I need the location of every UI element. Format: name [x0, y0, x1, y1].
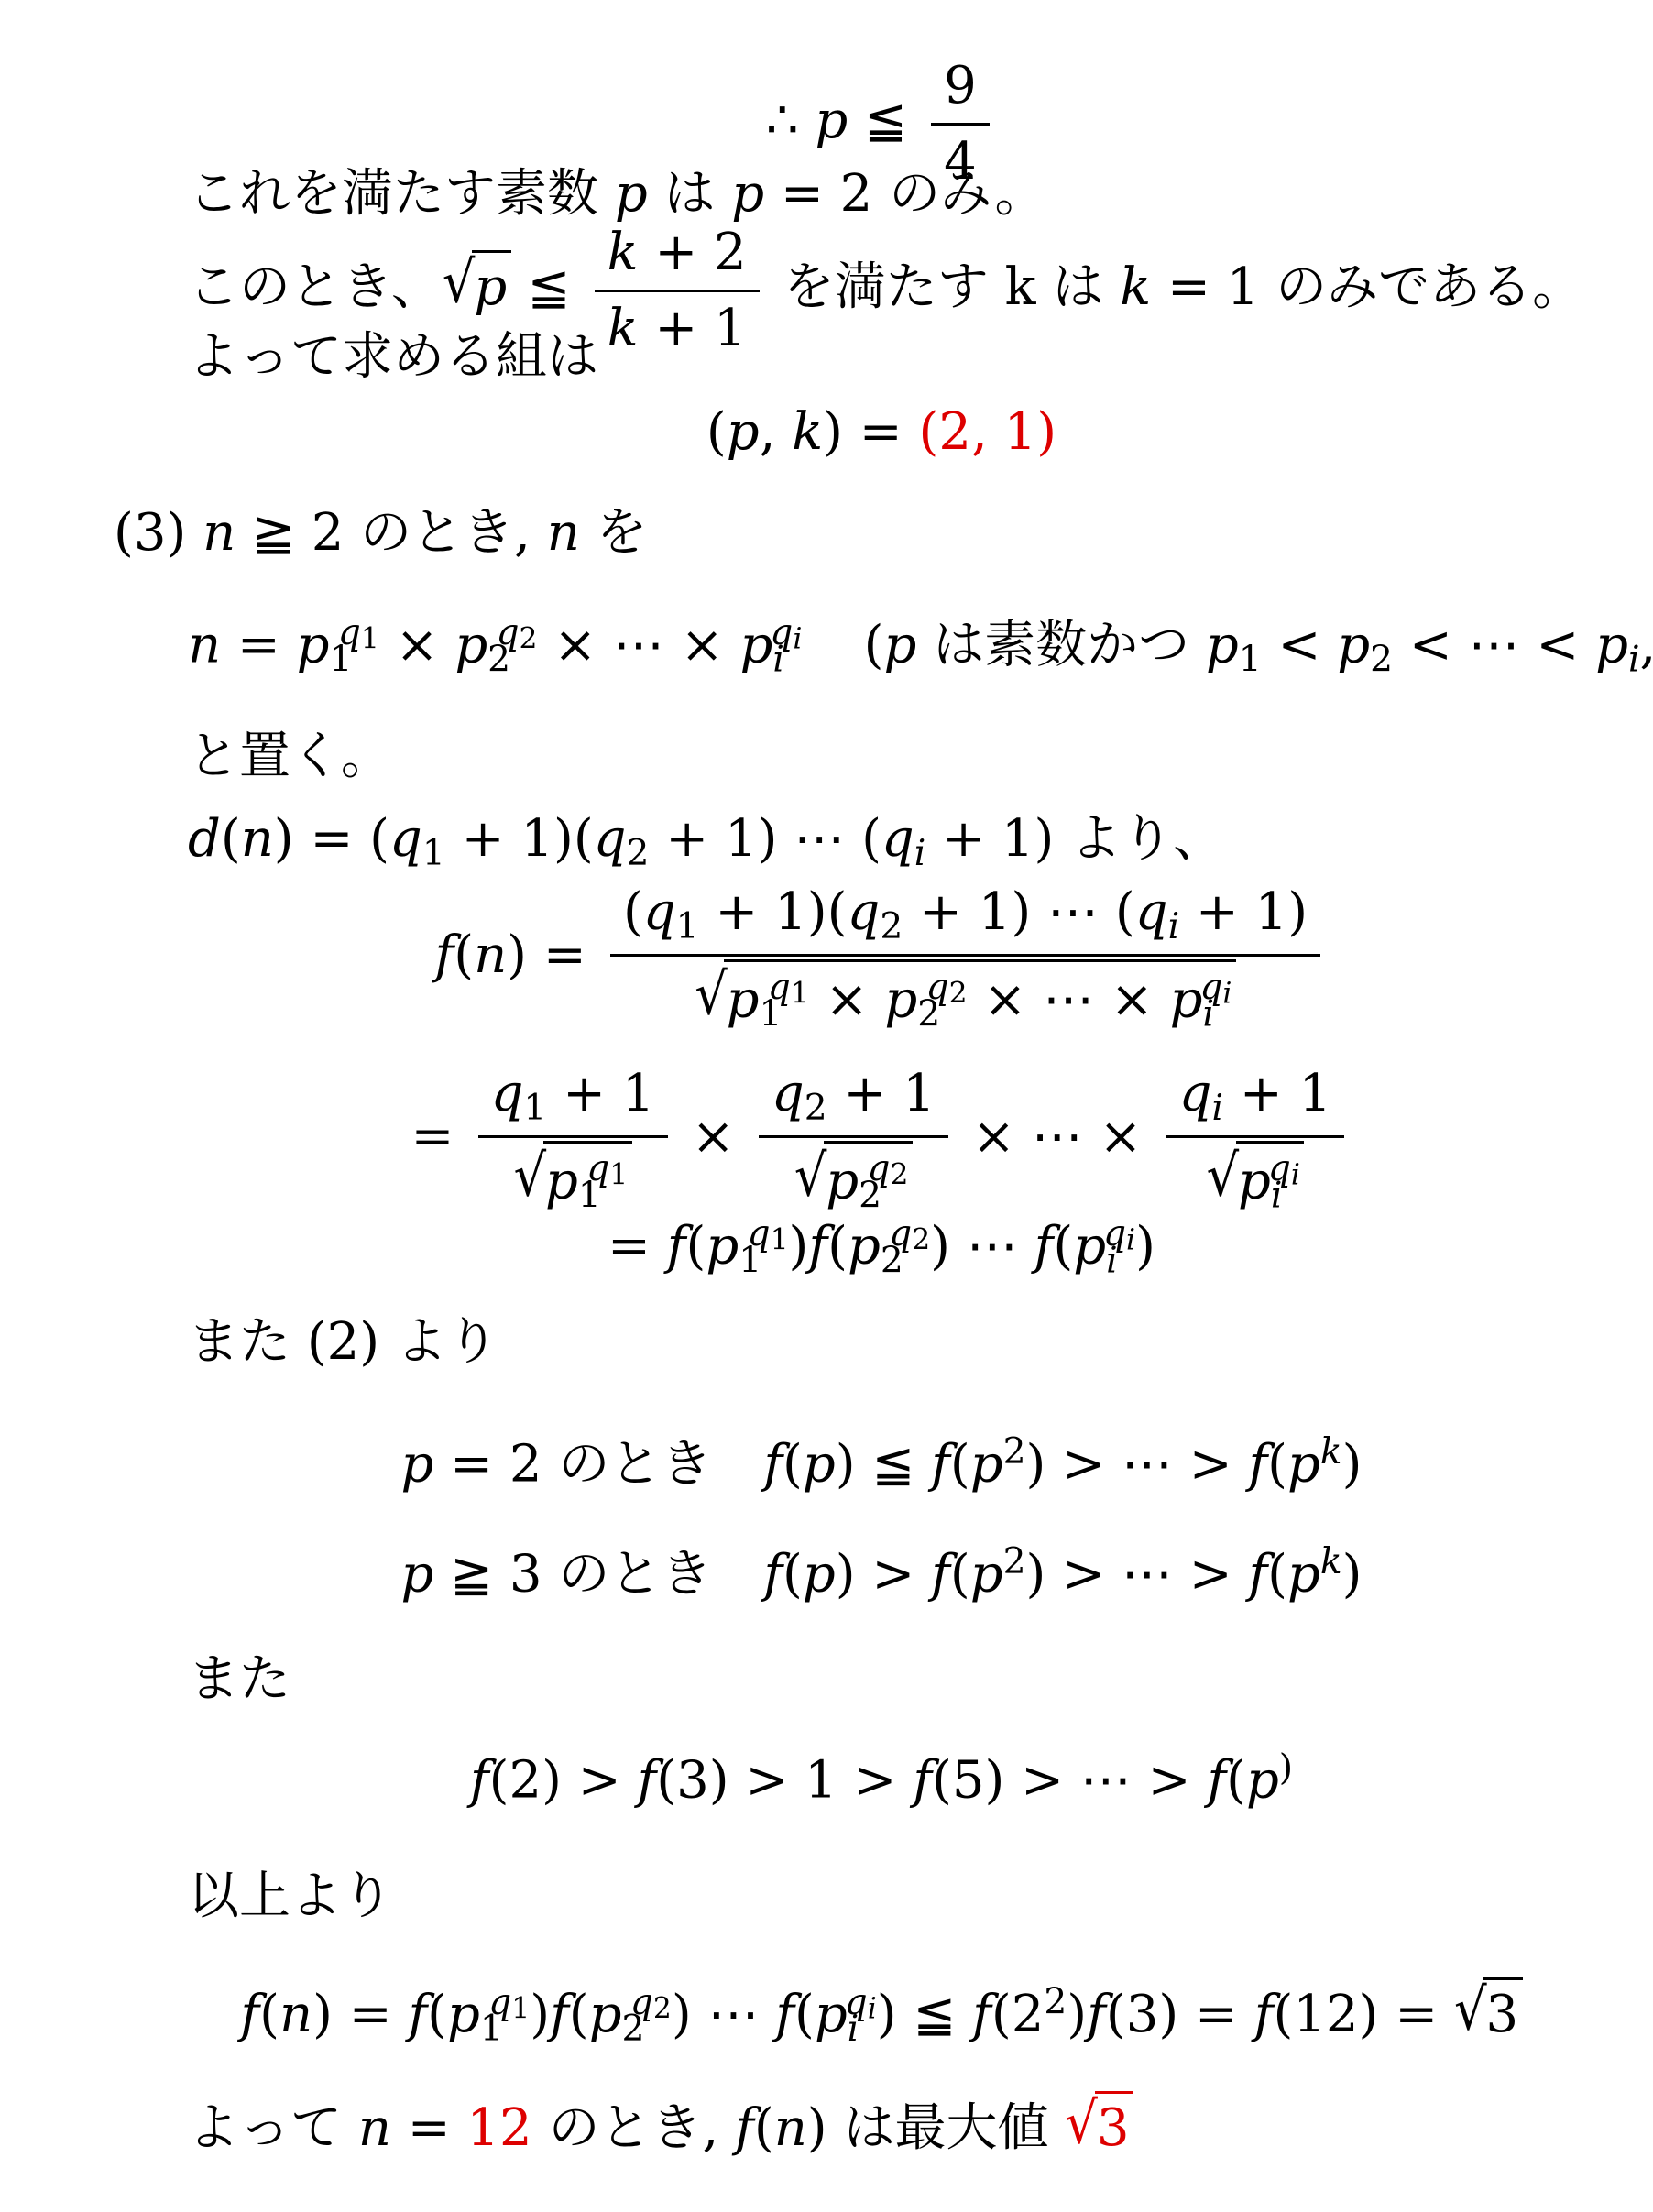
math-token-c: を: [580, 503, 648, 563]
math-token-t: ) ≦: [836, 1435, 931, 1495]
math-token-t: ) =: [507, 925, 602, 985]
math-token-su: q1: [586, 1148, 628, 1189]
math-token-sb: 2: [627, 833, 650, 874]
math-token-v: f: [763, 1545, 783, 1604]
radicand: p1q1 × p2q2 × ⋯ × piqi: [724, 959, 1235, 1038]
math-token-t: (: [706, 402, 727, 462]
math-token-v: i: [1628, 639, 1640, 680]
math-token-v: p: [545, 1151, 578, 1210]
math-token-v: f: [1087, 1985, 1106, 2044]
math-token-t: ) =: [312, 1985, 408, 2044]
math-token-sb: 2: [890, 1158, 908, 1191]
math-token-v: f: [550, 1985, 569, 2044]
fraction-numerator: q2 + 1: [759, 1061, 948, 1138]
math-token-c: より: [396, 1312, 498, 1372]
math-token-t: ≦: [511, 257, 587, 317]
radical-sign: √: [513, 1141, 546, 1216]
math-token-t: 9: [944, 56, 977, 115]
math-token-v: q: [770, 612, 793, 653]
math-token-t: = 1: [1151, 257, 1275, 317]
math-token-v: f: [240, 1985, 259, 2044]
math-token-t: + 1) ⋯ (: [649, 809, 881, 869]
math-token-v: p: [454, 616, 487, 675]
math-token-t: × ⋯ ×: [537, 616, 739, 675]
math-token-v: i: [1168, 906, 1180, 947]
fraction-denominator: √p1q1: [478, 1138, 668, 1220]
math-token-t: ): [1279, 1747, 1293, 1789]
math-token-v: p: [815, 1985, 848, 2044]
math-token-v: p: [803, 1435, 836, 1495]
math-token-v: q: [845, 1982, 868, 2023]
math-token-t: (12) =: [1273, 1985, 1453, 2044]
math-token-v: f: [435, 925, 454, 985]
math-token-t: ≧ 3: [433, 1545, 558, 1604]
math-token-t: + 2: [639, 223, 747, 282]
math-token-v: p: [970, 1545, 1003, 1604]
math-token-c: このとき、: [188, 257, 443, 317]
fraction-denominator: √p2q2: [759, 1138, 948, 1220]
eq-f-chain: f(2) > f(3) > 1 > f(5) > ⋯ > f(p): [110, 1746, 1653, 1814]
fraction-numerator: (q1 + 1)(q2 + 1) ⋯ (qi + 1): [610, 880, 1320, 957]
math-token-t: 3: [1097, 2098, 1130, 2158]
math-token-t: (2) >: [489, 1751, 638, 1811]
math-token-t: + 1): [925, 809, 1070, 869]
math-token-v: p: [803, 1545, 836, 1604]
math-token-v: p: [401, 1545, 434, 1604]
math-token-sb: 1: [771, 1224, 789, 1257]
math-token-t: 1: [523, 1088, 546, 1129]
math-token-t: ) ≦: [877, 1985, 972, 2044]
math-token-t: =: [608, 1217, 667, 1276]
math-token-t: 2: [1044, 1982, 1067, 2023]
math-token-v: f: [913, 1751, 932, 1811]
math-token-t: 2: [1370, 639, 1393, 680]
math-token-v: i: [1211, 1088, 1223, 1129]
math-token-v: i: [914, 833, 926, 874]
math-token-v: k: [1320, 1431, 1342, 1473]
math-token-t: (3) =: [1106, 1985, 1254, 2044]
math-token-t: (2: [991, 1985, 1044, 2044]
math-token-t: (2): [307, 1312, 396, 1372]
radical-sign: √: [443, 246, 476, 322]
math-token-t: (3): [114, 503, 203, 563]
math-token-su: q1: [768, 967, 809, 1008]
math-token-t: (: [794, 1985, 815, 2044]
math-token-t: 2: [912, 1224, 930, 1257]
math-token-v: n: [203, 503, 235, 563]
math-token-c: のとき: [532, 2098, 703, 2158]
math-token-sb: 1: [511, 1992, 530, 2025]
math-token-v: q: [630, 1982, 653, 2023]
math-token-sq: √p: [443, 257, 511, 317]
radical-sign: √: [1454, 1974, 1487, 2049]
math-token-t: ): [807, 2098, 844, 2158]
fraction-denominator: k + 1: [595, 292, 760, 362]
document-page: ∴ p ≦ 94 これを満たす素数 p は p = 2 のみ。 このとき、√p …: [0, 0, 1653, 2212]
math-token-su: q2: [926, 967, 968, 1008]
math-token-v: p: [727, 969, 760, 1029]
math-token-t: (: [864, 616, 884, 675]
math-token-su: q2: [889, 1213, 930, 1254]
math-token-fr: q1 + 1√p1q1: [478, 1061, 668, 1220]
math-token-t: (: [623, 882, 643, 942]
math-token-v: p: [1246, 1751, 1279, 1811]
math-token-t: =: [221, 616, 297, 675]
math-token-t: ) ⋯: [930, 1217, 1034, 1276]
math-token-t: ×: [379, 616, 455, 675]
math-token-su: ): [1279, 1747, 1293, 1789]
math-token-t: 2: [890, 1158, 908, 1191]
math-token-c: は: [1036, 257, 1121, 317]
math-token-sb: 1: [523, 1088, 546, 1129]
text-conclusion: よって n = 12 のとき, f(n) は最大値 √3: [188, 2091, 1133, 2163]
math-token-v: f: [408, 1985, 427, 2044]
math-token-v: q: [643, 882, 676, 942]
math-token-v: p: [297, 616, 330, 675]
radicand: piqi: [1236, 1141, 1305, 1220]
math-token-v: q: [1268, 1148, 1291, 1189]
math-token-t: 1: [511, 1992, 530, 2025]
math-token-v: f: [1207, 1751, 1226, 1811]
math-token-t: + 1) ⋯ (: [903, 882, 1134, 942]
math-token-sq: √p1q1 × p2q2 × ⋯ × piqi: [695, 969, 1236, 1029]
math-token-rd: √3: [1065, 2098, 1133, 2158]
math-token-su: q2: [867, 1148, 908, 1189]
math-token-t: ) > ⋯ >: [1026, 1545, 1249, 1604]
math-token-su: qi: [845, 1982, 877, 2023]
math-token-v: f: [972, 1985, 991, 2044]
math-token-v: q: [1135, 882, 1168, 942]
math-token-v: k: [1320, 1541, 1342, 1582]
math-token-t: 1: [676, 906, 699, 947]
math-token-t: ,: [514, 503, 547, 563]
eq-pk-answer: (p, k) = (2, 1): [110, 400, 1653, 466]
math-token-t: (: [1267, 1435, 1287, 1495]
math-token-sb: 2: [949, 977, 968, 1010]
math-token-sb: 1: [676, 906, 699, 947]
radicand: p: [472, 250, 511, 322]
math-token-t: =: [391, 2098, 467, 2158]
math-token-t: ,: [703, 2098, 736, 2158]
fraction-numerator: 9: [931, 53, 990, 126]
fraction-numerator: qi + 1: [1166, 1061, 1345, 1138]
math-token-sb: 2: [912, 1224, 930, 1257]
math-token-t: (: [783, 1545, 803, 1604]
math-token-v: q: [867, 1148, 890, 1189]
math-token-v: f: [638, 1751, 657, 1811]
math-token-v: n: [241, 809, 274, 869]
math-token-v: p: [883, 616, 916, 675]
math-token-c: これを満たす素数: [188, 164, 615, 224]
math-token-sb: 1: [609, 1158, 628, 1191]
fraction-numerator: q1 + 1: [478, 1061, 668, 1138]
math-token-fr: q2 + 1√p2q2: [759, 1061, 948, 1220]
math-token-v: q: [1179, 1064, 1212, 1123]
radical-sign: √: [794, 1141, 827, 1216]
math-token-v: k: [608, 299, 639, 358]
math-token-c: よって: [188, 2098, 358, 2158]
math-token-t: × ⋯ ×: [968, 969, 1170, 1029]
math-token-v: q: [389, 809, 422, 869]
text-ijou-yori: 以上より: [188, 1864, 393, 1931]
math-token-c: のみである。: [1275, 257, 1583, 317]
math-token-t: ≧ 2: [235, 503, 360, 563]
math-token-sq: √3: [1065, 2098, 1133, 2158]
radical-sign: √: [1206, 1141, 1239, 1216]
math-token-sb: 2: [880, 906, 903, 947]
fraction-numerator: k + 2: [595, 220, 760, 292]
math-token-su: q2: [496, 612, 537, 653]
math-token-c: は素数かつ: [916, 616, 1206, 675]
math-token-su: k: [1320, 1431, 1342, 1473]
math-token-v: f: [735, 2098, 754, 2158]
math-token-v: q: [768, 967, 791, 1008]
math-token-v: f: [931, 1545, 950, 1604]
math-token-su: q1: [488, 1982, 530, 2023]
math-token-t: (2, 1): [919, 402, 1057, 462]
math-token-v: p: [706, 1217, 739, 1276]
math-token-v: q: [1199, 967, 1222, 1008]
math-token-t: ∴: [766, 91, 815, 150]
math-token-v: n: [547, 503, 580, 563]
math-token-sq: √3: [1454, 1985, 1523, 2044]
math-token-su: qi: [1268, 1148, 1300, 1189]
math-token-c: より、: [1070, 809, 1224, 869]
math-token-su: 2: [1044, 1982, 1067, 2023]
math-token-t: =: [411, 1107, 470, 1166]
math-token-v: i: [1291, 1158, 1300, 1191]
math-token-t: = 2: [433, 1435, 558, 1495]
math-token-t: = 2: [764, 164, 889, 224]
math-token-t: + 1: [639, 299, 747, 358]
math-token-t: 1: [791, 977, 809, 1010]
math-token-v: q: [748, 1213, 771, 1254]
math-token-t: ) = (: [274, 809, 389, 869]
math-token-t: + 1)(: [699, 882, 848, 942]
eq-fn-product-f: = f(p1q1)f(p2q2) ⋯ f(piqi): [110, 1211, 1653, 1285]
math-token-su: q1: [748, 1213, 789, 1254]
math-token-v: d: [188, 809, 221, 869]
math-token-v: i: [868, 1992, 877, 2025]
math-token-v: n: [279, 1985, 312, 2044]
math-token-t: + 1: [827, 1064, 936, 1123]
math-token-t: ): [1342, 1545, 1363, 1604]
math-token-v: q: [488, 1982, 511, 2023]
math-token-sq: √p1q1: [513, 1151, 631, 1210]
eq-case-p-equals-2: p = 2 のときf(p) ≦ f(p2) > ⋯ > f(pk): [110, 1429, 1653, 1498]
math-token-sb: 1: [361, 623, 379, 656]
eq-fn-product-fractions: = q1 + 1√p1q1 × q2 + 1√p2q2 × ⋯ × qi + 1…: [110, 1061, 1653, 1220]
math-token-su: qi: [770, 612, 802, 653]
math-token-c: のみ。: [889, 164, 1045, 224]
text-prime-p-only-2: これを満たす素数 p は p = 2 のみ。: [188, 161, 1045, 228]
math-token-v: f: [1248, 1545, 1267, 1604]
math-token-v: i: [1126, 1224, 1135, 1257]
math-token-v: p: [1287, 1435, 1320, 1495]
math-token-t: (3) > 1 >: [656, 1751, 913, 1811]
math-token-t: ×: [809, 969, 885, 1029]
math-token-v: f: [808, 1217, 827, 1276]
math-token-v: p: [1170, 969, 1203, 1029]
math-token-su: 2: [1003, 1541, 1026, 1582]
math-token-t: 12: [466, 2098, 531, 2158]
math-token-t: 3: [1486, 1985, 1519, 2044]
math-token-fr: (q1 + 1)(q2 + 1) ⋯ (qi + 1)√p1q1 × p2q2 …: [610, 880, 1320, 1038]
math-token-fr: k + 2k + 1: [595, 220, 760, 362]
math-token-v: p: [731, 164, 764, 224]
math-token-v: f: [763, 1435, 783, 1495]
math-token-t: 2: [1003, 1541, 1026, 1582]
math-token-v: p: [1073, 1217, 1106, 1276]
math-token-v: f: [931, 1435, 950, 1495]
item-3-heading: (3) n ≧ 2 のとき, n を: [114, 500, 648, 567]
math-token-t: ): [530, 1985, 550, 2044]
math-token-v: p: [740, 616, 773, 675]
math-token-sb: i: [1222, 977, 1232, 1010]
math-token-v: q: [586, 1148, 609, 1189]
math-token-t: 1: [1239, 639, 1262, 680]
math-token-sb: i: [1628, 639, 1640, 680]
radicand: 3: [1483, 1977, 1522, 2049]
math-token-t: 2: [949, 977, 968, 1010]
math-token-v: p: [826, 1151, 859, 1210]
math-token-v: p: [1238, 1151, 1271, 1210]
math-token-sb: i: [1126, 1224, 1135, 1257]
math-token-t: ,: [1639, 616, 1653, 675]
text-mata-2-yori: また (2) より: [188, 1309, 498, 1376]
text-mata: また: [188, 1647, 290, 1714]
math-token-t: 1: [422, 833, 445, 874]
math-token-v: p: [474, 257, 507, 317]
eq-fn-fraction: f(n) = (q1 + 1)(q2 + 1) ⋯ (qi + 1)√p1q1 …: [110, 880, 1653, 1038]
math-token-v: p: [447, 1985, 480, 2044]
math-token-t: (: [754, 2098, 774, 2158]
math-token-t: <: [1262, 616, 1338, 675]
math-token-v: n: [474, 925, 507, 985]
math-token-t: (5) > ⋯ >: [932, 1751, 1207, 1811]
math-token-t: 1: [361, 623, 379, 656]
math-token-t: (: [1226, 1751, 1246, 1811]
math-token-t: (: [686, 1217, 706, 1276]
math-token-t: ): [1067, 1985, 1087, 2044]
math-token-su: k: [1320, 1541, 1342, 1582]
math-token-v: p: [970, 1435, 1003, 1495]
eq-case-p-geq-3: p ≧ 3 のときf(p) > f(p2) > ⋯ > f(pk): [110, 1539, 1653, 1608]
math-token-c: を満たす: [767, 257, 1005, 317]
math-token-su: qi: [1103, 1213, 1135, 1254]
math-token-v: p: [1206, 616, 1239, 675]
math-token-sb: i: [1168, 906, 1180, 947]
math-token-t: ,: [760, 402, 793, 462]
math-token-t: (: [950, 1435, 970, 1495]
math-token-v: p: [815, 91, 848, 150]
math-token-t: (: [1053, 1217, 1073, 1276]
math-token-t: (: [454, 925, 474, 985]
math-token-t: ) =: [823, 402, 918, 462]
math-token-sb: i: [914, 833, 926, 874]
math-token-v: f: [470, 1751, 489, 1811]
math-token-v: n: [188, 616, 221, 675]
math-token-sb: 2: [653, 1992, 672, 2025]
math-token-sb: i: [1291, 1158, 1300, 1191]
math-token-t: 2: [627, 833, 650, 874]
math-token-v: f: [775, 1985, 794, 2044]
math-token-t: + 1: [546, 1064, 654, 1123]
math-token-v: q: [889, 1213, 912, 1254]
math-token-t: < ⋯ <: [1393, 616, 1595, 675]
math-token-t: (: [950, 1545, 970, 1604]
math-token-su: q2: [630, 1982, 672, 2023]
math-token-t: ) ⋯: [672, 1985, 775, 2044]
math-token-v: q: [881, 809, 914, 869]
radicand: 3: [1095, 2091, 1133, 2163]
math-token-t: ): [789, 1217, 809, 1276]
math-token-t: ×: [675, 1107, 751, 1166]
text-to-oku: と置く。: [188, 724, 392, 791]
math-token-t: (: [427, 1985, 447, 2044]
math-token-sb: i: [793, 623, 802, 656]
math-token-c: また: [188, 1312, 307, 1372]
radicand: p1q1: [543, 1141, 632, 1220]
math-token-v: f: [1254, 1985, 1274, 2044]
math-token-rd: 12: [466, 2098, 531, 2158]
math-token-sb: i: [868, 1992, 877, 2025]
math-token-v: q: [772, 1064, 805, 1123]
math-token-su: qi: [1199, 967, 1232, 1008]
math-token-v: i: [793, 623, 802, 656]
radical-sign: √: [1065, 2087, 1098, 2163]
math-token-t: 2: [653, 1992, 672, 2025]
math-token-t: 2: [520, 623, 538, 656]
math-token-sb: 2: [805, 1088, 827, 1129]
math-token-v: p: [589, 1985, 622, 2044]
math-token-v: p: [1337, 616, 1370, 675]
math-token-sb: 2: [520, 623, 538, 656]
math-token-v: p: [848, 1217, 881, 1276]
math-token-c: のとき: [558, 1545, 712, 1604]
text-yotte-motomeru-kumi: よって求める組は: [188, 324, 598, 391]
math-token-t: + 1): [1179, 882, 1308, 942]
math-token-t: k: [1005, 257, 1036, 317]
math-token-t: ) > ⋯ >: [1026, 1435, 1249, 1495]
math-token-v: q: [594, 809, 627, 869]
math-token-v: p: [1287, 1545, 1320, 1604]
math-token-v: k: [608, 223, 639, 282]
math-token-c: のとき: [360, 503, 514, 563]
math-token-su: 2: [1003, 1431, 1026, 1473]
math-token-c: は最大値: [843, 2098, 1065, 2158]
math-token-sb: 1: [791, 977, 809, 1010]
math-token-t: 2: [880, 906, 903, 947]
math-token-t: ): [1342, 1435, 1363, 1495]
eq-n-factorization: n = p1q1 × p2q2 × ⋯ × piqi(p は素数かつ p1 < …: [188, 610, 1653, 684]
math-token-v: q: [491, 1064, 524, 1123]
fraction-denominator: √p1q1 × p2q2 × ⋯ × piqi: [610, 957, 1320, 1038]
math-token-v: k: [1120, 257, 1151, 317]
math-token-v: k: [792, 402, 823, 462]
math-token-v: q: [496, 612, 519, 653]
math-token-t: (: [569, 1985, 589, 2044]
math-token-t: 1: [771, 1224, 789, 1257]
eq-dn-divisor-count: d(n) = (q1 + 1)(q2 + 1) ⋯ (qi + 1) より、: [188, 806, 1224, 878]
math-token-sb: 1: [422, 833, 445, 874]
math-token-v: n: [774, 2098, 807, 2158]
math-token-sq: √p2q2: [794, 1151, 913, 1210]
math-token-t: 2: [805, 1088, 827, 1129]
math-token-t: (: [827, 1217, 848, 1276]
math-token-t: + 1)(: [445, 809, 594, 869]
radicand: p2q2: [824, 1141, 913, 1220]
